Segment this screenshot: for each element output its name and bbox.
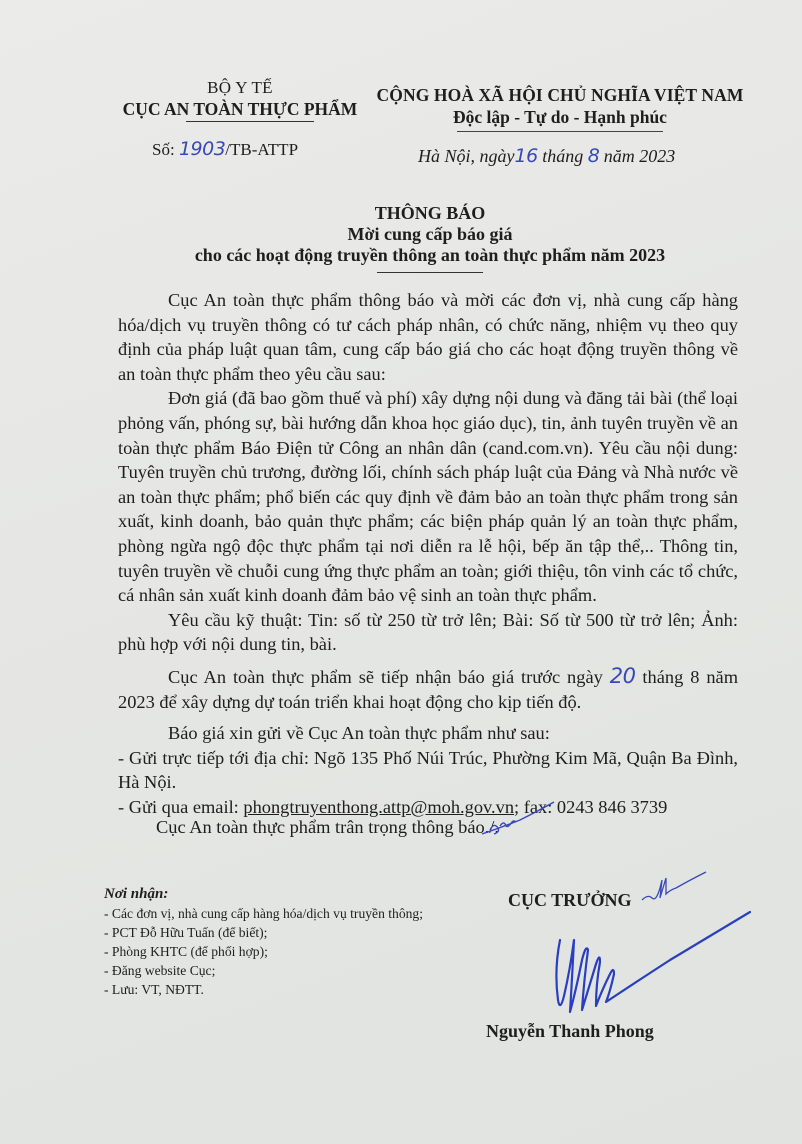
- title-underline: [377, 272, 483, 273]
- recipient-item: - PCT Đỗ Hữu Tuấn (để biết);: [104, 923, 424, 942]
- notice-subtitle-line2: cho các hoạt động truyền thông an toàn t…: [120, 245, 740, 266]
- notice-subtitle-line1: Mời cung cấp báo giá: [120, 224, 740, 245]
- issuing-agency-block: BỘ Y TẾ CỤC AN TOÀN THỰC PHẨM: [90, 78, 390, 122]
- notice-body: Cục An toàn thực phẩm thông báo và mời c…: [118, 288, 738, 819]
- intro-paragraph: Cục An toàn thực phẩm thông báo và mời c…: [118, 288, 738, 386]
- notice-title-block: THÔNG BÁO Mời cung cấp báo giá cho các h…: [120, 203, 740, 273]
- republic-name: CỘNG HOÀ XÃ HỘI CHỦ NGHĨA VIỆT NAM: [360, 84, 760, 106]
- deadline-paragraph: Cục An toàn thực phẩm sẽ tiếp nhận báo g…: [118, 664, 738, 714]
- date-day-handwritten: 16: [515, 145, 538, 167]
- date-prefix: Hà Nội, ngày: [418, 146, 515, 166]
- agency-name: CỤC AN TOÀN THỰC PHẨM: [90, 98, 390, 120]
- recipient-item: - Phòng KHTC (để phối hợp);: [104, 942, 424, 961]
- national-motto: Độc lập - Tự do - Hạnh phúc: [360, 106, 760, 128]
- recipients-block: Nơi nhận: - Các đơn vị, nhà cung cấp hàn…: [104, 885, 424, 999]
- recipient-item: - Đăng website Cục;: [104, 961, 424, 980]
- recipient-item: - Lưu: VT, NĐTT.: [104, 980, 424, 999]
- submit-email-line: - Gửi qua email: phongtruyenthong.attp@m…: [118, 795, 738, 820]
- submit-intro: Báo giá xin gửi về Cục An toàn thực phẩm…: [118, 721, 738, 746]
- notice-title: THÔNG BÁO: [120, 203, 740, 224]
- deadline-day-handwritten: 20: [610, 664, 636, 688]
- initials-mark-icon: [480, 800, 560, 840]
- signer-name: Nguyễn Thanh Phong: [486, 1021, 654, 1042]
- date-month-label: tháng: [538, 146, 588, 166]
- motto-underline: [457, 131, 663, 132]
- closing-line: Cục An toàn thực phẩm trân trọng thông b…: [156, 817, 499, 838]
- ministry-name: BỘ Y TẾ: [90, 78, 390, 98]
- signature-icon: [540, 900, 760, 1030]
- recipients-title: Nơi nhận:: [104, 885, 424, 904]
- email-prefix: - Gửi qua email:: [118, 797, 243, 817]
- date-month-handwritten: 8: [588, 145, 600, 167]
- doc-number-suffix: /TB-ATTP: [225, 140, 298, 159]
- date-year: năm 2023: [599, 146, 675, 166]
- unit-price-paragraph: Đơn giá (đã bao gồm thuế và phí) xây dựn…: [118, 386, 738, 607]
- technical-requirements-paragraph: Yêu cầu kỹ thuật: Tin: số từ 250 từ trở …: [118, 608, 738, 657]
- doc-number-prefix: Số:: [152, 140, 179, 159]
- deadline-prefix: Cục An toàn thực phẩm sẽ tiếp nhận báo g…: [168, 667, 610, 687]
- email-link[interactable]: phongtruyenthong.attp@moh.gov.vn: [243, 797, 514, 817]
- recipient-item: - Các đơn vị, nhà cung cấp hàng hóa/dịch…: [104, 904, 424, 923]
- agency-underline: [186, 121, 314, 122]
- submit-address: - Gửi trực tiếp tới địa chỉ: Ngõ 135 Phố…: [118, 746, 738, 795]
- document-page: BỘ Y TẾ CỤC AN TOÀN THỰC PHẨM Số: 1903/T…: [0, 0, 802, 1144]
- doc-number-handwritten: 1903: [179, 138, 225, 160]
- document-number: Số: 1903/TB-ATTP: [152, 138, 298, 160]
- dateline: Hà Nội, ngày16 tháng 8 năm 2023: [418, 145, 675, 167]
- national-header-block: CỘNG HOÀ XÃ HỘI CHỦ NGHĨA VIỆT NAM Độc l…: [360, 84, 760, 132]
